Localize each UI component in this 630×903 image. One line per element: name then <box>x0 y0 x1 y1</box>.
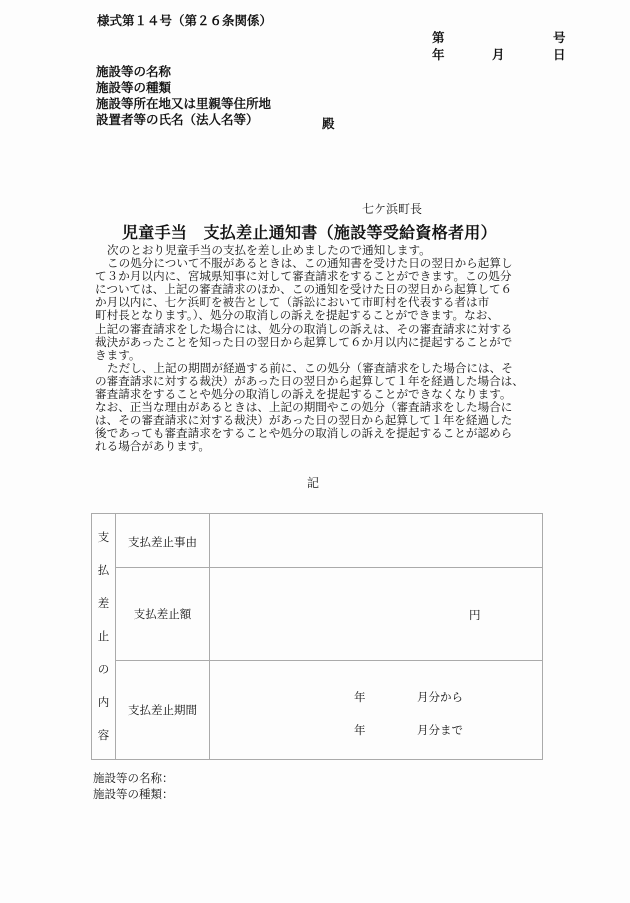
document-number-prefix: 第 <box>432 28 445 46</box>
footer-block: 施設等の名称： 施設等の種類： <box>93 770 174 802</box>
founder-name-label: 設置者等の氏名（法人名等） <box>96 112 271 128</box>
footer-facility-name: 施設等の名称： <box>93 770 174 786</box>
yen-unit: 円 <box>469 607 481 623</box>
date-year-label: 年 <box>432 45 445 63</box>
body-line: きます。 <box>95 349 545 362</box>
document-title: 児童手当 支払差止通知書（施設等受給資格者用） <box>122 220 497 243</box>
body-line: ただし、上記の期間が経過する前に、この処分（審査請求をした場合には、そ <box>95 362 545 375</box>
table-row-period: 支払差止期間 年 月分から 年 月分まで <box>92 661 543 760</box>
document-number-suffix: 号 <box>553 28 566 46</box>
group-label-cell: 支 払 差 止 の 内 容 <box>92 514 116 760</box>
suspension-amount-label: 支払差止額 <box>116 568 210 661</box>
date-month-label: 月 <box>492 45 505 63</box>
addressee-block: 施設等の名称 施設等の種類 施設等所在地又は里親等住所地 設置者等の氏名（法人名… <box>96 64 271 128</box>
body-line: 上記の審査請求をした場合には、処分の取消しの訴えは、その審査請求に対する <box>95 323 545 336</box>
body-line: 裁決があったことを知った日の翌日から起算して６か月以内に提起することがで <box>95 336 545 349</box>
honorific: 殿 <box>322 114 335 132</box>
body-line: 町村長となります。）、処分の取消しの訴えを提起することができます。なお、 <box>95 309 545 322</box>
suspension-detail-table: 支 払 差 止 の 内 容 支払差止事由 支払差止額 円 支払差止期間 年 月分… <box>91 513 543 760</box>
issuer-name: 七ケ浜町長 <box>362 200 422 217</box>
facility-address-label: 施設等所在地又は里親等住所地 <box>96 96 271 112</box>
period-from-month-suffix: 月分から <box>417 689 463 705</box>
footer-facility-type: 施設等の種類： <box>93 786 174 802</box>
period-to-year-label: 年 <box>354 722 366 738</box>
period-to-month-suffix: 月分まで <box>417 722 463 738</box>
table-row-reason: 支 払 差 止 の 内 容 支払差止事由 <box>92 514 543 568</box>
facility-type-label: 施設等の種類 <box>96 80 271 96</box>
form-number: 様式第１４号（第２６条関係） <box>97 11 272 29</box>
body-line: れる場合があります。 <box>95 440 545 453</box>
period-from-year-label: 年 <box>354 689 366 705</box>
vertical-group-label: 支 払 差 止 の 内 容 <box>92 521 115 752</box>
date-day-label: 日 <box>553 45 566 63</box>
suspension-period-cell[interactable]: 年 月分から 年 月分まで <box>210 661 543 760</box>
notice-body: 次のとおり児童手当の支払を差し止めましたので通知します。 この処分について不服が… <box>95 244 545 454</box>
suspension-reason-label: 支払差止事由 <box>116 514 210 568</box>
ki-label: 記 <box>307 474 319 491</box>
suspension-period-label: 支払差止期間 <box>116 661 210 760</box>
facility-name-label: 施設等の名称 <box>96 64 271 80</box>
table-row-amount: 支払差止額 円 <box>92 568 543 661</box>
suspension-amount-cell[interactable]: 円 <box>210 568 543 661</box>
suspension-reason-value[interactable] <box>210 514 543 568</box>
